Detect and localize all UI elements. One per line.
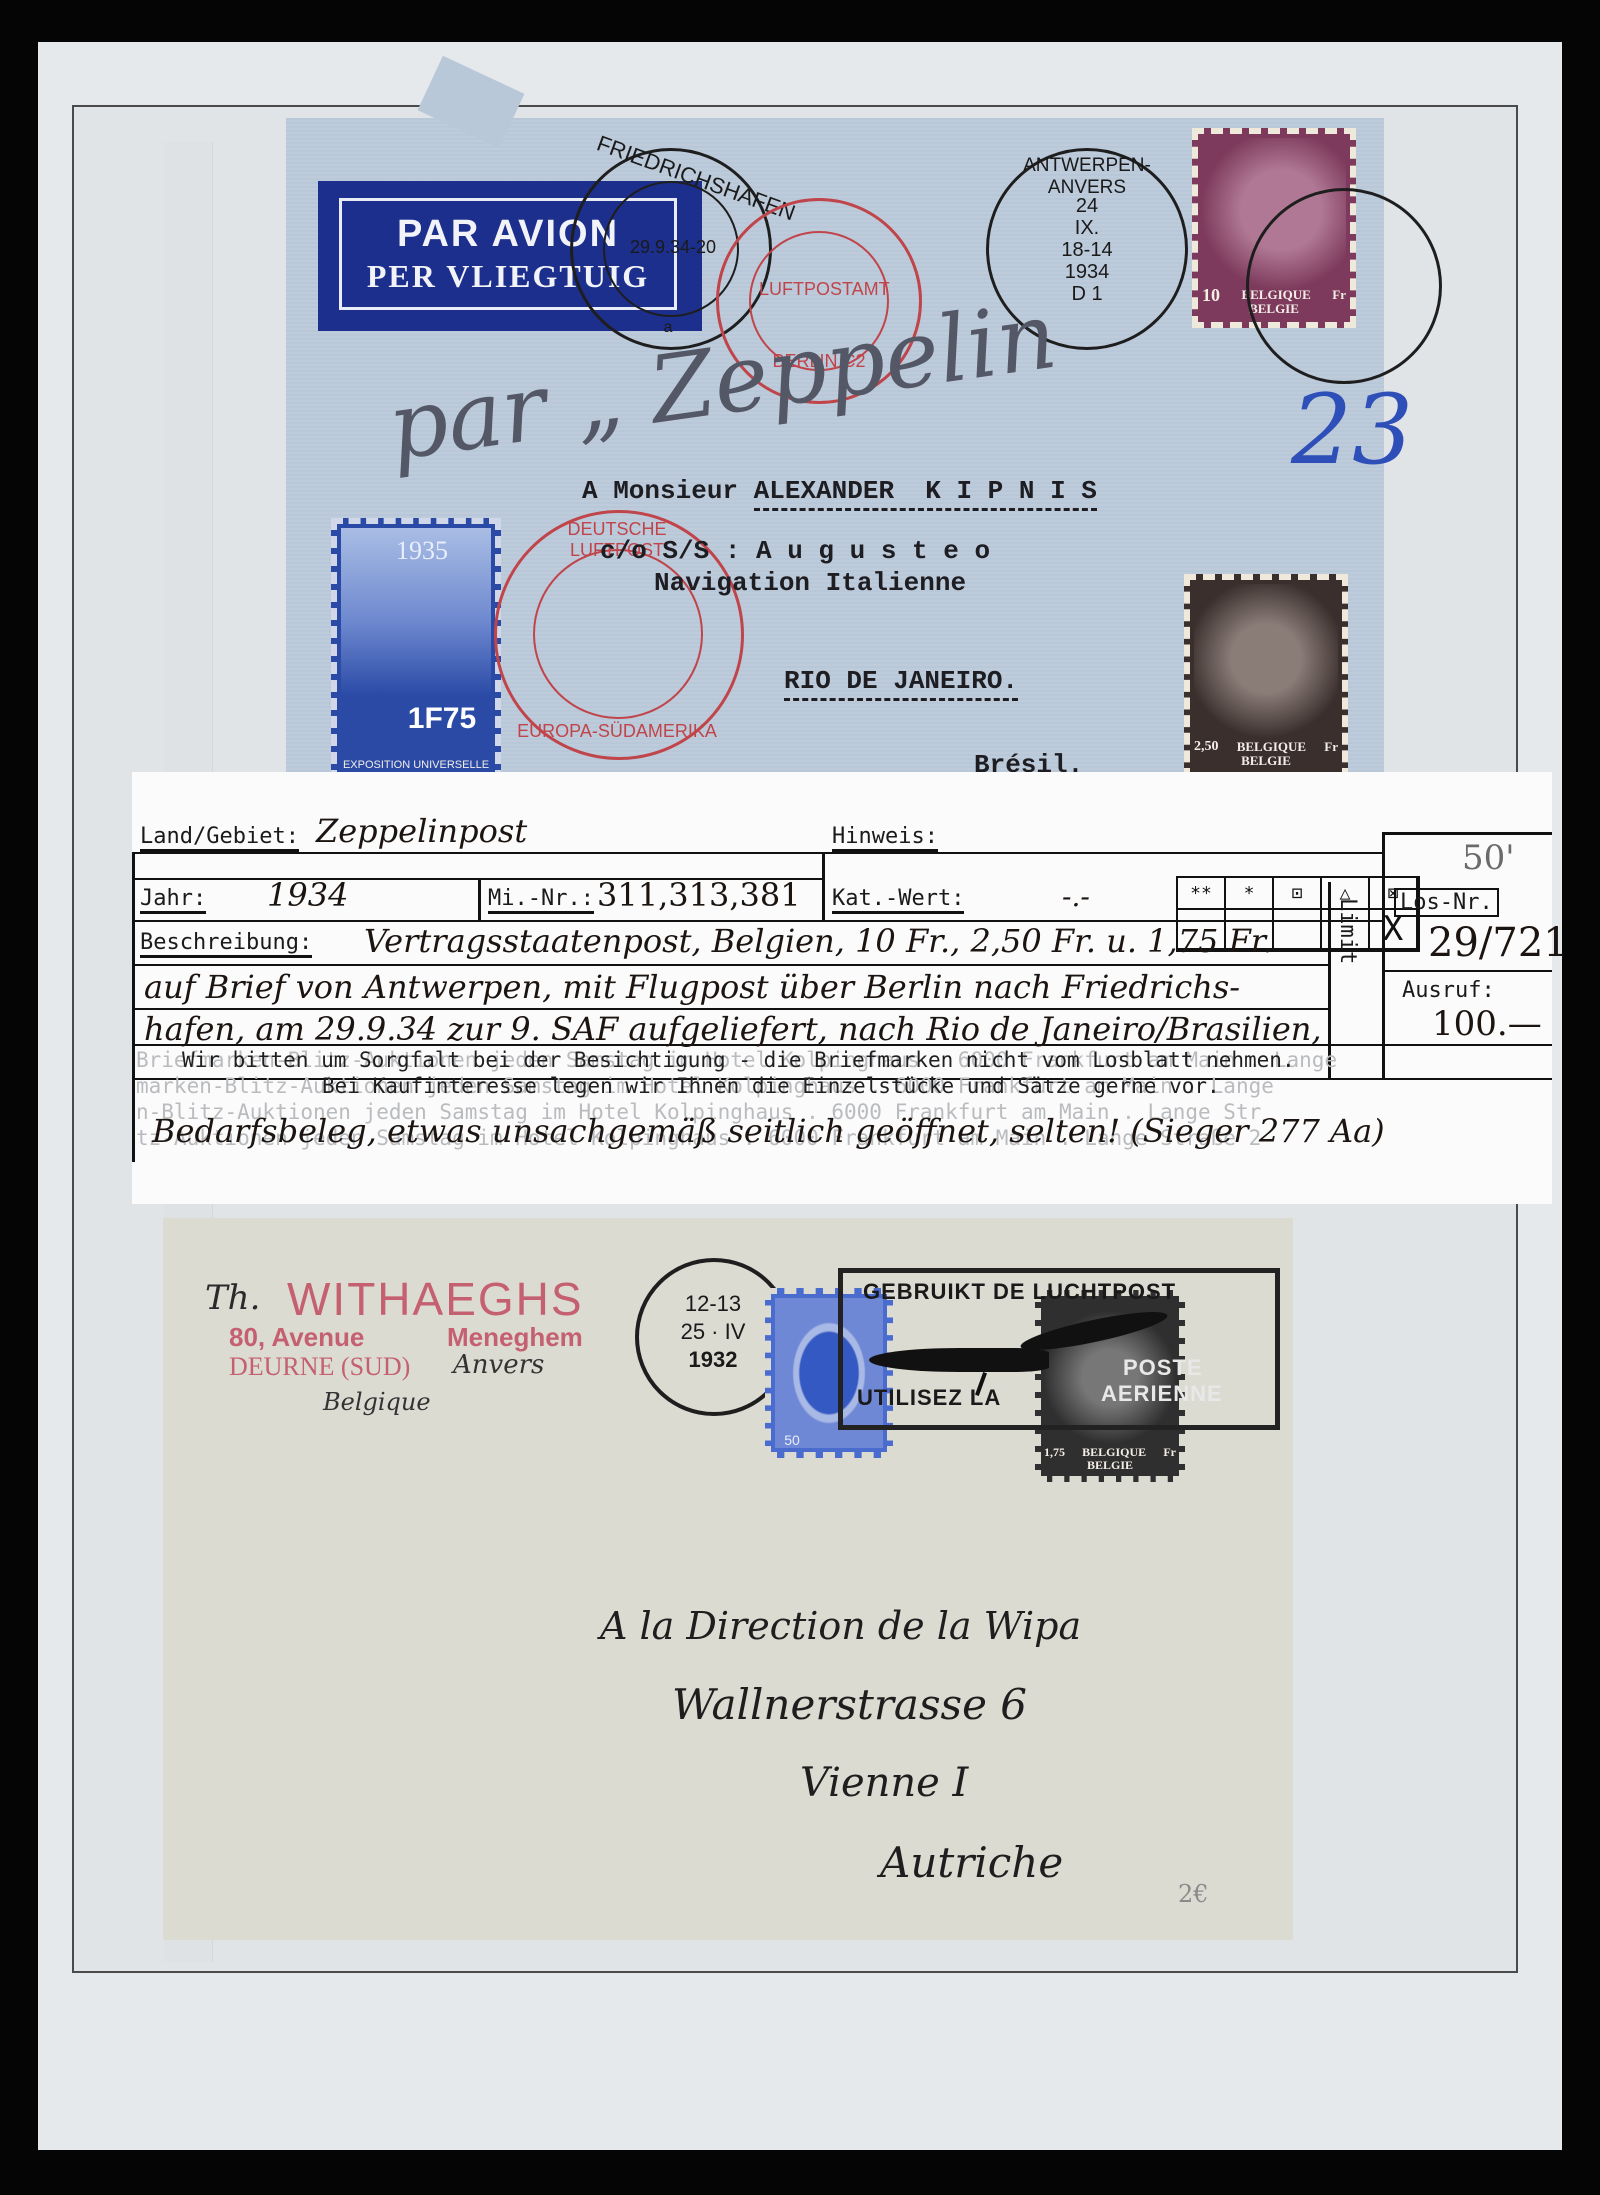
stamp-belgium-250fr: 2,50 Fr BELGIQUE BELGIE [1184,574,1348,780]
address-line-2: c/o S/S : A u g u s t e o [600,536,990,566]
recipient-line-4: Autriche [880,1838,1063,1887]
notice-line-2: Bei Kaufinteresse legen wir Ihnen die Ei… [322,1074,1220,1098]
condition-header: * [1226,878,1274,910]
postmark-antwerpen-tied [1246,188,1442,384]
ausruf-label: Ausruf: [1402,978,1495,1003]
slogan-cancel-luchtpost: GEBRUIKT DE LUCHTPOST UTILISEZ LA POSTE … [838,1268,1280,1430]
sender-country-hand: Belgique [323,1388,431,1416]
beschreibung-label: Beschreibung: [140,930,312,958]
sender-town-hand: Anvers [453,1350,544,1380]
description-line-3: hafen, am 29.9.34 zur 9. SAF aufgeliefer… [144,1010,1322,1048]
mi-nr-value: 311,313,381 [597,876,801,914]
sender-street1: 80, Avenue [229,1322,364,1353]
top-right-value: 50' [1462,838,1515,878]
recipient-line-1: A la Direction de la Wipa [600,1604,1081,1648]
recipient-line-2: Wallnerstrasse 6 [672,1680,1027,1729]
condition-header: ⊡ [1274,878,1322,910]
land-label: Land/Gebiet: [140,824,299,852]
description-line-2: auf Brief von Antwerpen, mit Flugpost üb… [144,968,1240,1006]
jahr-value: 1934 [267,876,348,914]
auction-lot-label: Land/Gebiet: Zeppelinpost Hinweis: Jahr:… [132,772,1552,1204]
hinweis-label: Hinweis: [832,824,938,852]
stamp-belgium-expo-1935-175: 1935 1F75 EXPOSITION UNIVERSELLE WERELDT… [331,518,501,800]
recipient-line-3: Vienne I [800,1760,968,1806]
los-nr-value: 29/721 [1428,920,1569,966]
sender-name: WITHAEGHS [287,1272,584,1326]
sender-street2: Meneghem [447,1322,583,1353]
ausruf-value: 100.— [1432,1004,1542,1044]
jahr-label: Jahr: [140,886,206,914]
description-line-4: Bedarfsbeleg, etwas unsachgemäß seitlich… [152,1112,1385,1150]
land-value: Zeppelinpost [316,812,527,850]
kat-wert-value: -.- [1062,880,1090,913]
sender-town: DEURNE (SUD) [229,1352,410,1382]
condition-header: ** [1178,878,1226,910]
los-nr-label: Los-Nr. [1394,888,1499,917]
condition-checkbox [1274,910,1322,950]
notice-line-1: Wir bitten um Sorgfalt bei der Besichtig… [182,1048,1295,1072]
address-line-3: Navigation Italienne [654,568,966,598]
description-line-1: Vertragsstaatenpost, Belgien, 10 Fr., 2,… [364,922,1273,960]
address-line-1: A Monsieur ALEXANDER K I P N I S [582,476,1097,506]
sender-initials: Th. [205,1278,260,1318]
limit-label: Limit [1335,898,1360,964]
mi-nr-label: Mi.-Nr.: [488,886,594,914]
pencil-price-note: 2€ [1178,1880,1209,1908]
kat-wert-label: Kat.-Wert: [832,886,964,914]
address-line-4: RIO DE JANEIRO. [784,666,1018,696]
cover-zeppelin-1934: PAR AVION PER VLIEGTUIG FRIEDRICHSHAFEN … [286,118,1384,822]
blue-pencil-mark: 23 [1291,374,1413,486]
